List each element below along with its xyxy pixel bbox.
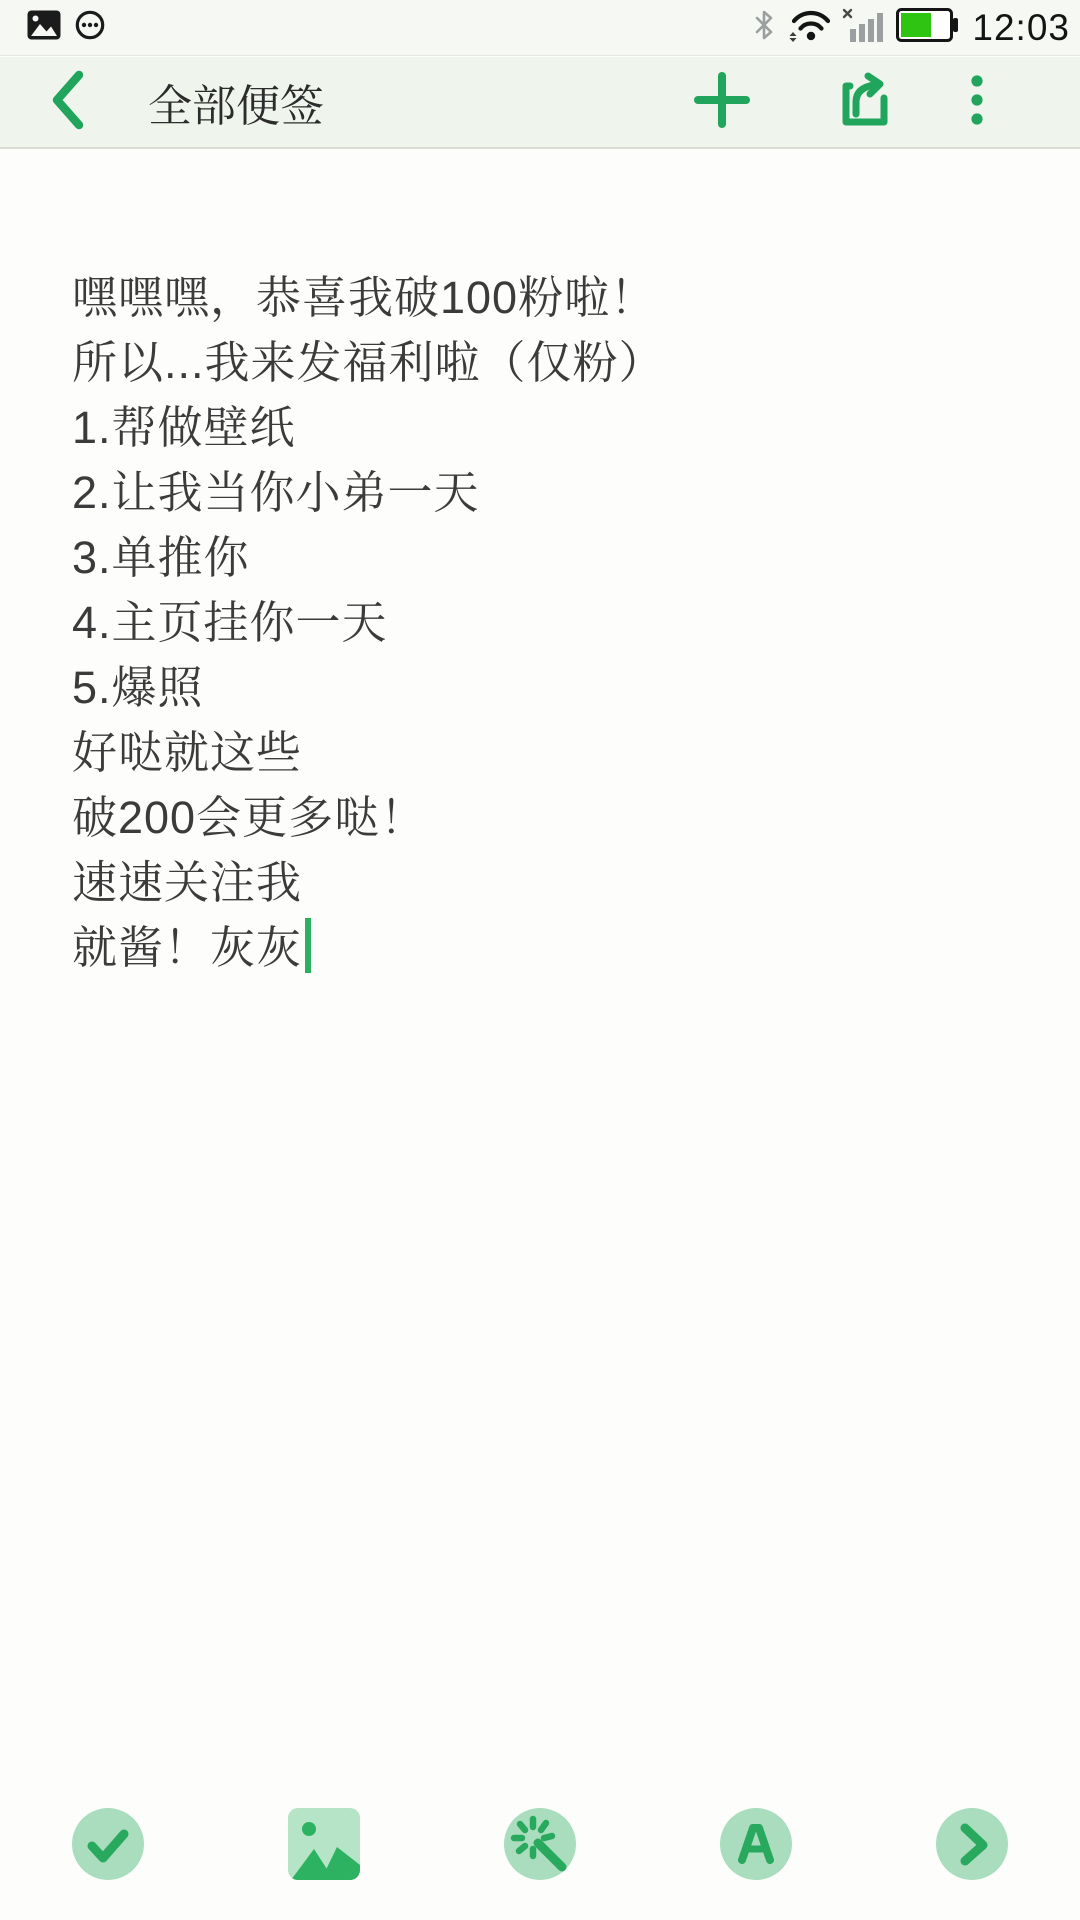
clock-time: 12:03 — [972, 7, 1070, 49]
note-line: 就酱！灰灰 — [72, 915, 1040, 980]
signal-bars-icon — [842, 8, 886, 47]
header-actions — [694, 72, 1080, 133]
circle-dots-notification-icon — [75, 10, 105, 45]
insert-image-button[interactable] — [216, 1808, 432, 1884]
system-status-icons: 12:03 — [752, 7, 1070, 49]
note-line: 速速关注我 — [72, 850, 1040, 915]
check-icon — [72, 1808, 144, 1885]
note-line: 3.单推你 — [72, 525, 1040, 590]
doodle-button[interactable] — [432, 1808, 648, 1884]
text-cursor — [305, 918, 311, 973]
battery-icon — [896, 8, 958, 47]
app-header: 全部便签 — [0, 57, 1080, 149]
image-icon — [287, 1807, 361, 1886]
note-line: 所以...我来发福利啦（仅粉） — [72, 330, 1040, 395]
back-chevron-icon — [50, 69, 86, 136]
status-bar: 12:03 — [0, 0, 1080, 56]
chevron-right-icon — [936, 1808, 1008, 1885]
notification-icons — [27, 10, 105, 45]
note-line-text: 就酱！灰灰 — [72, 922, 302, 973]
share-icon — [838, 72, 892, 133]
editor-toolbar — [0, 1808, 1080, 1884]
bluetooth-icon — [752, 8, 776, 47]
text-format-button[interactable] — [648, 1808, 864, 1884]
note-line: 4.主页挂你一天 — [72, 590, 1040, 655]
note-line: 2.让我当你小弟一天 — [72, 460, 1040, 525]
note-line: 好哒就这些 — [72, 720, 1040, 785]
note-editor[interactable]: 嘿嘿嘿，恭喜我破100粉啦！ 所以...我来发福利啦（仅粉） 1.帮做壁纸 2.… — [0, 151, 1080, 1771]
photo-notification-icon — [27, 10, 61, 45]
more-tools-button[interactable] — [864, 1808, 1080, 1884]
font-a-icon — [720, 1808, 792, 1885]
overflow-menu-icon — [970, 74, 984, 131]
note-line: 嘿嘿嘿，恭喜我破100粉啦！ — [72, 265, 1040, 330]
page-title: 全部便签 — [148, 70, 324, 134]
add-note-button[interactable] — [694, 72, 750, 133]
share-button[interactable] — [838, 72, 892, 133]
done-button[interactable] — [0, 1808, 216, 1884]
note-line: 破200会更多哒！ — [72, 785, 1040, 850]
note-line: 1.帮做壁纸 — [72, 395, 1040, 460]
overflow-menu-button[interactable] — [970, 74, 984, 131]
plus-icon — [694, 72, 750, 133]
magic-wand-icon — [504, 1808, 576, 1885]
note-line: 5.爆照 — [72, 655, 1040, 720]
back-button[interactable] — [50, 69, 86, 136]
wifi-icon — [786, 8, 832, 47]
